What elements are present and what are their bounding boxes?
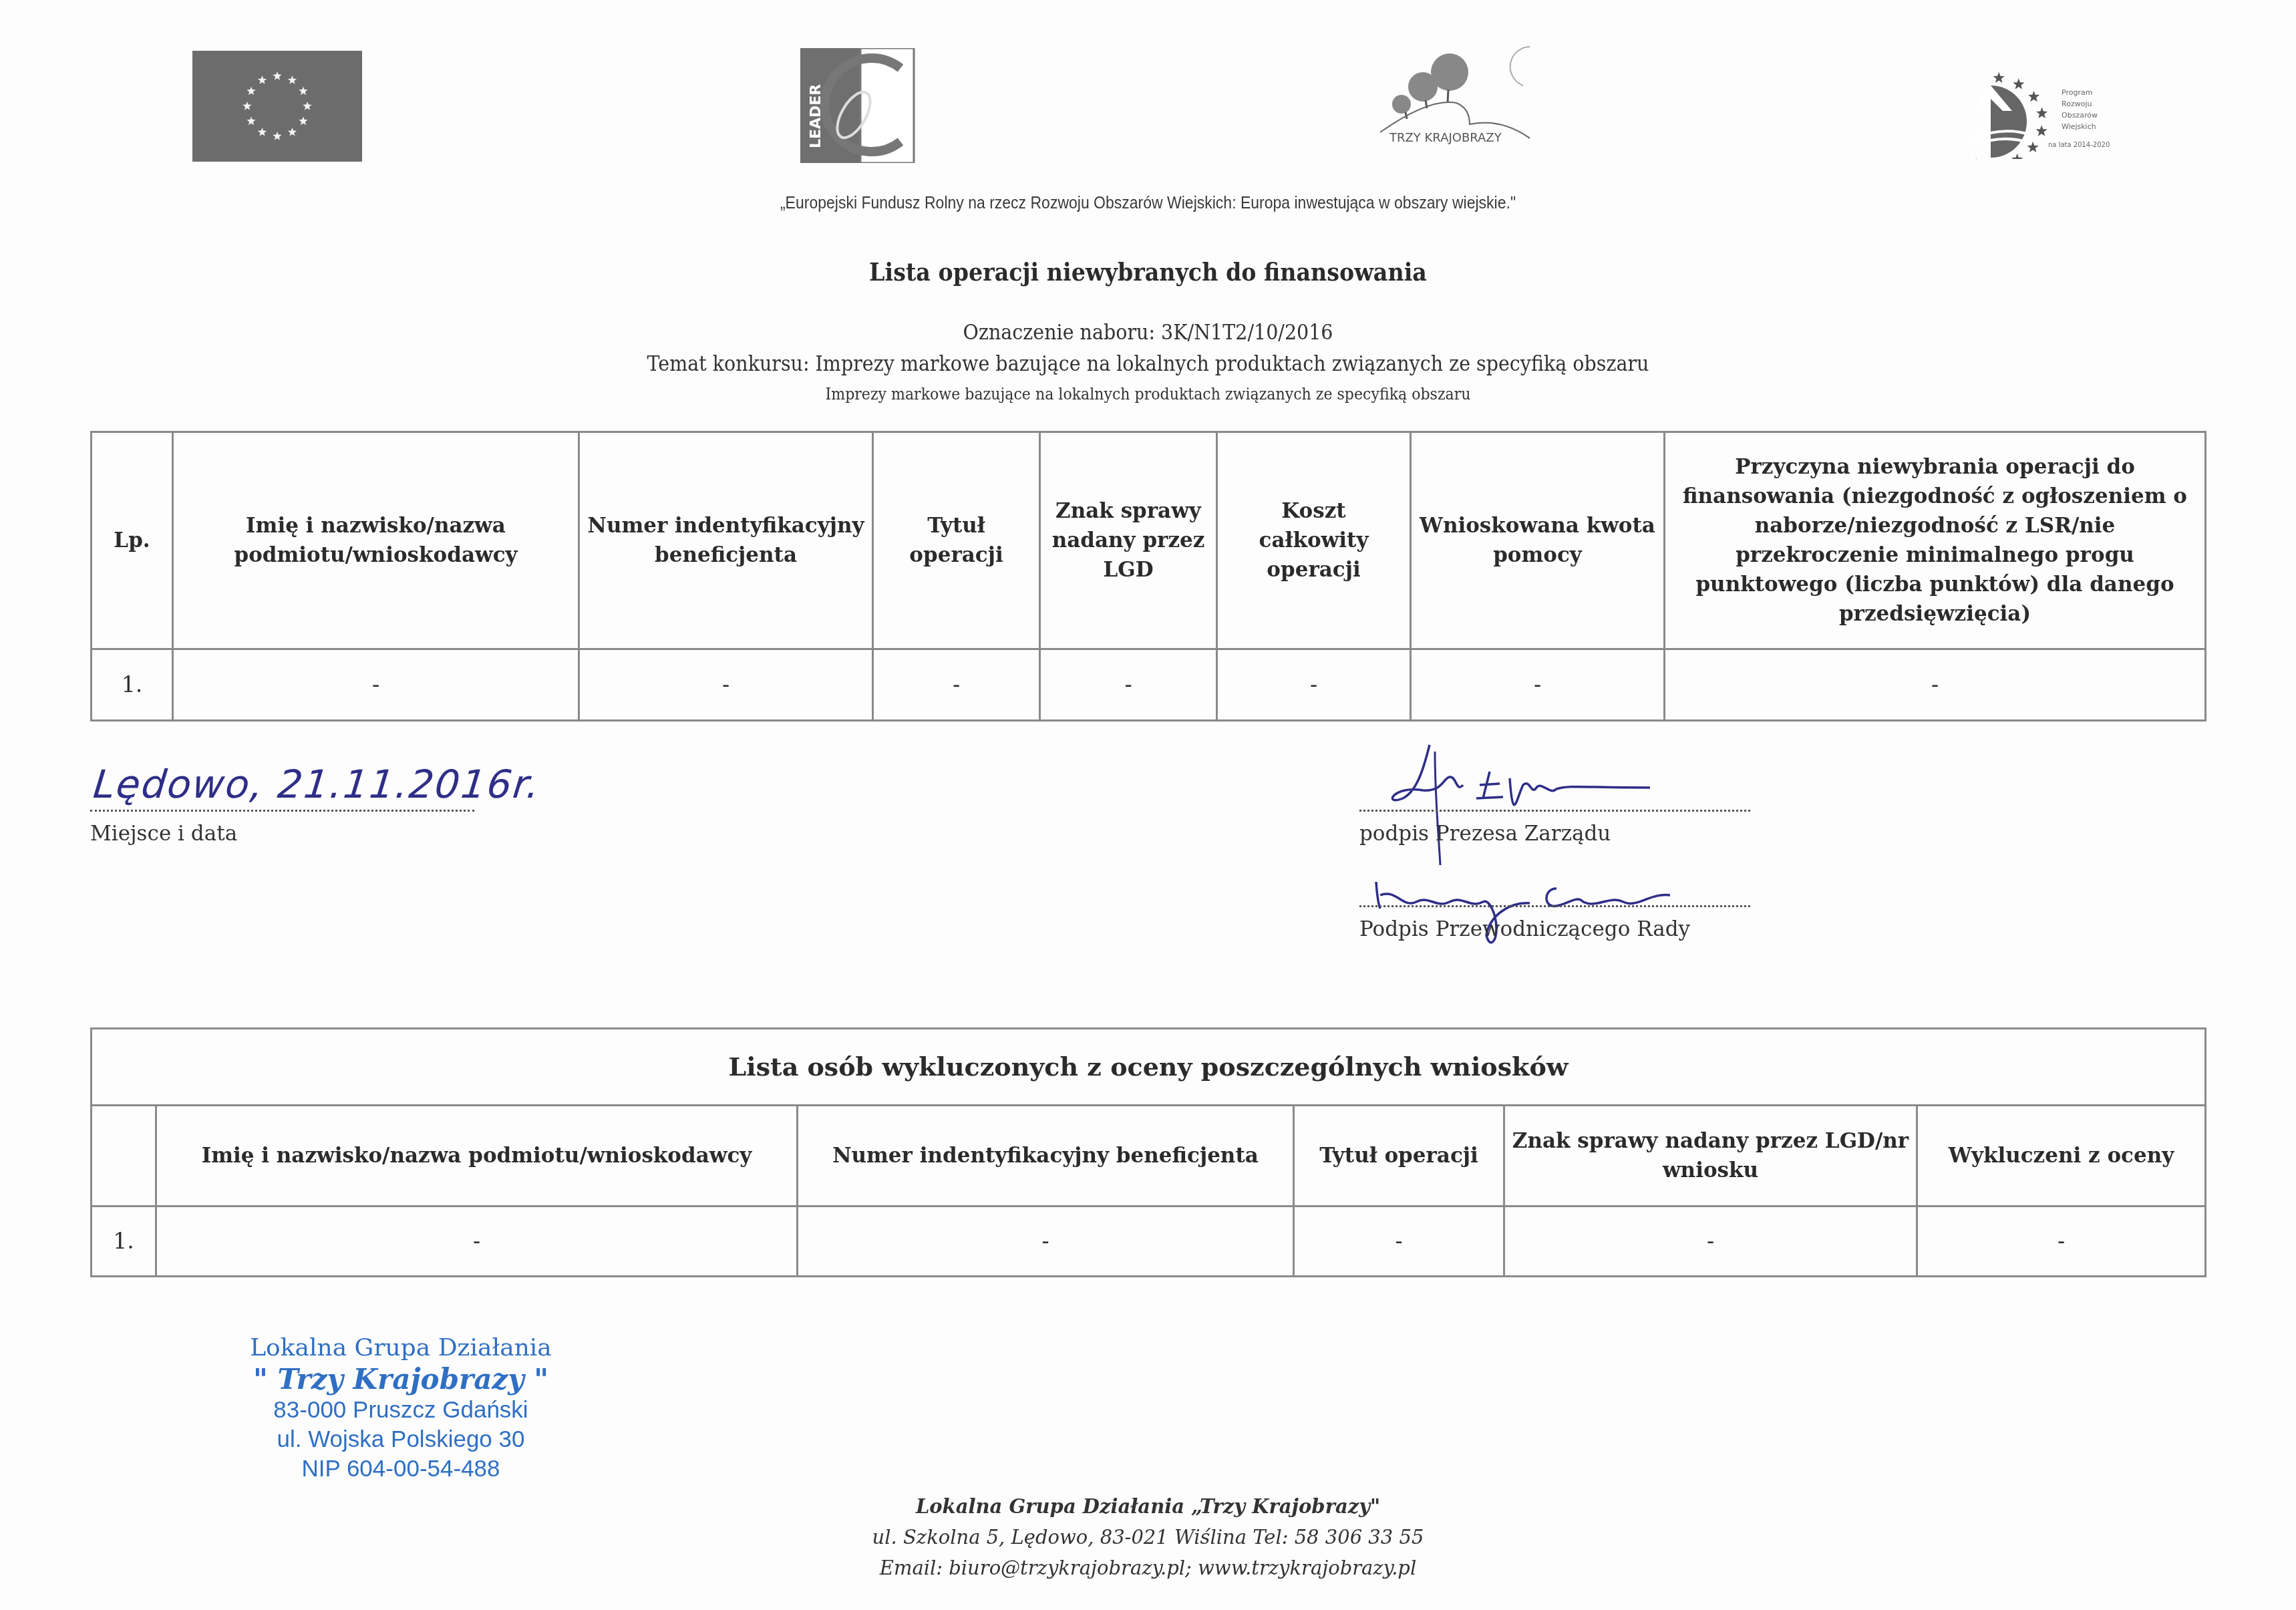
- col-header-lp: Lp.: [92, 432, 173, 649]
- footer-org-name: Lokalna Grupa Działania „Trzy Krajobrazy…: [0, 1491, 2296, 1522]
- cell-applicant: -: [156, 1206, 798, 1277]
- prow-name: Program Rozwoju Obszarów Wiejskich: [2062, 87, 2098, 132]
- lgd-stamp: Lokalna Grupa Działania " Trzy Krajobraz…: [200, 1333, 601, 1484]
- col-header-total-cost: Koszt całkowity operacji: [1217, 432, 1411, 649]
- call-designation: Oznaczenie naboru: 3K/N1T2/10/2016: [92, 321, 2204, 345]
- trzy-krajobrazy-logo: TRZY KRAJOBRAZY: [1356, 33, 1530, 154]
- excluded-persons-table: Lista osób wykluczonych z oceny poszczeg…: [90, 1027, 2206, 1277]
- table-header-row: Lp. Imię i nazwisko/nazwa podmiotu/wnios…: [92, 432, 2206, 649]
- lgd-logo-text: TRZY KRAJOBRAZY: [1389, 131, 1502, 145]
- council-signature-line: [1359, 905, 1750, 907]
- footer-address: ul. Szkolna 5, Lędowo, 83-021 Wiślina Te…: [0, 1522, 2296, 1553]
- prow-line: Obszarów: [2062, 110, 2098, 121]
- col-header-case-mark: Znak sprawy nadany przez LGD: [1040, 432, 1217, 649]
- cell-applicant: -: [173, 649, 579, 721]
- eu-flag-logo: [192, 51, 362, 162]
- president-signature-label: podpis Prezesa Zarządu: [1359, 822, 1611, 846]
- stamp-line-nip: NIP 604-00-54-488: [200, 1454, 601, 1484]
- table-header-row: Imię i nazwisko/nazwa podmiotu/wnioskoda…: [92, 1106, 2206, 1206]
- col-header-beneficiary-id: Numer indentyfikacyjny beneficjenta: [798, 1106, 1294, 1206]
- col-header-applicant: Imię i nazwisko/nazwa podmiotu/wnioskoda…: [156, 1106, 798, 1206]
- col-header-beneficiary-id: Numer indentyfikacyjny beneficjenta: [579, 432, 873, 649]
- stamp-line-org: Lokalna Grupa Działania: [200, 1333, 601, 1363]
- place-date-line: [90, 810, 474, 812]
- competition-topic: Temat konkursu: Imprezy markowe bazujące…: [92, 352, 2204, 376]
- table-caption-row: Lista osób wykluczonych z oceny poszczeg…: [92, 1029, 2206, 1106]
- footer: Lokalna Grupa Działania „Trzy Krajobrazy…: [0, 1491, 2296, 1583]
- col-header-rejection-reason: Przyczyna niewybrania operacji do finans…: [1665, 432, 2206, 649]
- fund-motto: „Europejski Fundusz Rolny na rzecz Rozwo…: [92, 194, 2204, 213]
- cell-lp: 1.: [92, 649, 173, 721]
- cell-excluded: -: [1917, 1206, 2206, 1277]
- col-header-title: Tytuł operacji: [1294, 1106, 1504, 1206]
- president-signature-line: [1359, 810, 1750, 812]
- cell-lp: 1.: [92, 1206, 156, 1277]
- prow-logo: Program Rozwoju Obszarów Wiejskich na la…: [1924, 59, 2124, 159]
- cell-total-cost: -: [1217, 649, 1411, 721]
- cell-case-mark: -: [1040, 649, 1217, 721]
- col-header-excluded: Wykluczeni z oceny: [1917, 1106, 2206, 1206]
- stamp-line-city: 83-000 Pruszcz Gdański: [200, 1396, 601, 1425]
- col-header-case-mark: Znak sprawy nadany przez LGD/nr wniosku: [1504, 1106, 1917, 1206]
- prow-line: Program: [2062, 87, 2098, 98]
- cell-beneficiary-id: -: [579, 649, 873, 721]
- col-header-applicant: Imię i nazwisko/nazwa podmiotu/wnioskoda…: [173, 432, 579, 649]
- footer-contact: Email: biuro@trzykrajobrazy.pl; www.trzy…: [0, 1553, 2296, 1583]
- place-date-label: Miejsce i data: [90, 822, 237, 846]
- cell-case-mark: -: [1504, 1206, 1917, 1277]
- eu-stars-icon: [192, 51, 362, 162]
- stamp-line-street: ul. Wojska Polskiego 30: [200, 1425, 601, 1454]
- prow-line: Rozwoju: [2062, 98, 2098, 110]
- table-row: 1. - - - - -: [92, 1206, 2206, 1277]
- table-row: 1. - - - - - - -: [92, 649, 2206, 721]
- leader-text: LEADER: [808, 84, 824, 148]
- competition-topic-sub: Imprezy markowe bazujące na lokalnych pr…: [92, 385, 2204, 404]
- leader-logo: LEADER: [800, 48, 915, 163]
- cell-requested-amount: -: [1411, 649, 1665, 721]
- page-title: Lista operacji niewybranych do finansowa…: [115, 257, 2181, 287]
- col-header-lp: [92, 1106, 156, 1206]
- col-header-requested-amount: Wnioskowana kwota pomocy: [1411, 432, 1665, 649]
- stamp-line-name: " Trzy Krajobrazy ": [200, 1363, 601, 1396]
- prow-line: Wiejskich: [2062, 121, 2098, 132]
- cell-title: -: [1294, 1206, 1504, 1277]
- prow-years: na lata 2014-2020: [2048, 142, 2110, 149]
- council-signature-label: Podpis Przewodniczącego Rady: [1359, 917, 1690, 941]
- excluded-table-title: Lista osób wykluczonych z oceny poszczeg…: [92, 1029, 2206, 1106]
- rejected-operations-table: Lp. Imię i nazwisko/nazwa podmiotu/wnios…: [90, 431, 2206, 721]
- col-header-title: Tytuł operacji: [873, 432, 1040, 649]
- cell-title: -: [873, 649, 1040, 721]
- cell-beneficiary-id: -: [798, 1206, 1294, 1277]
- cell-rejection-reason: -: [1665, 649, 2206, 721]
- handwritten-place-date: Lędowo, 21.11.2016r.: [91, 762, 542, 807]
